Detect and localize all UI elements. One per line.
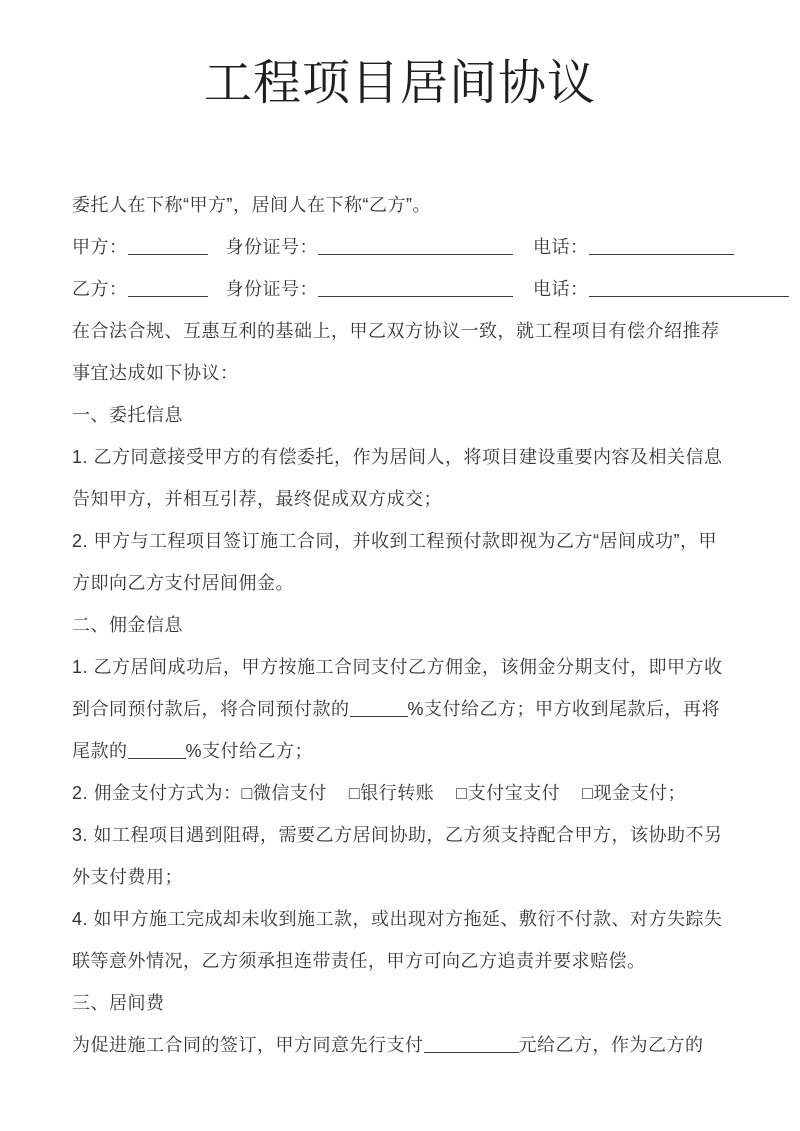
- text-run: 方即向乙方支付居间佣金。: [72, 573, 294, 593]
- text-run: □银行转账: [349, 783, 434, 803]
- fill-in-blank: [589, 238, 734, 255]
- section-1-heading: 一、委托信息: [72, 394, 728, 436]
- fill-in-blank: [318, 280, 513, 297]
- fill-in-blank: [350, 700, 408, 717]
- section-1-item-1-line: 告知甲方，并相互引荐，最终促成双方成交；: [72, 478, 728, 520]
- text-run: □现金支付；: [582, 783, 686, 803]
- text-run: 为促进施工合同的签订，甲方同意先行支付: [72, 1035, 424, 1055]
- preamble-basis-line: 在合法合规、互惠互利的基础上，甲乙双方协议一致，就工程项目有偿介绍推荐: [72, 310, 728, 352]
- section-2-item-3-line: 3. 如工程项目遇到阻碍，需要乙方居间协助，乙方须支持配合甲方，该协助不另: [72, 814, 728, 856]
- spacer: [513, 252, 533, 253]
- text-run: 4. 如甲方施工完成却未收到施工款，或出现对方拖延、敷衍不付款、对方失踪失: [72, 909, 723, 929]
- text-run: 2. 甲方与工程项目签订施工合同，并收到工程预付款即视为乙方“居间成功”，甲: [72, 531, 717, 551]
- text-run: 在合法合规、互惠互利的基础上，甲乙双方协议一致，就工程项目有偿介绍推荐: [72, 321, 720, 341]
- text-run: 事宜达成如下协议：: [72, 363, 239, 383]
- section-3-body-line: 为促进施工合同的签订，甲方同意先行支付元给乙方，作为乙方的: [72, 1024, 728, 1066]
- text-run: 身份证号：: [226, 279, 319, 299]
- contract-document-page: 工程项目居间协议 委托人在下称“甲方”，居间人在下称“乙方”。甲方：身份证号：电…: [0, 0, 800, 1131]
- section-1-item-1-line: 1. 乙方同意接受甲方的有偿委托，作为居间人，将项目建设重要内容及相关信息: [72, 436, 728, 478]
- text-run: 身份证号：: [226, 237, 319, 257]
- fill-in-blank: [128, 280, 208, 297]
- text-run: □支付宝支付: [456, 783, 560, 803]
- text-run: 告知甲方，并相互引荐，最终促成双方成交；: [72, 489, 442, 509]
- spacer: [434, 798, 456, 799]
- fill-in-blank: [318, 238, 513, 255]
- text-run: 委托人在下称“甲方”，居间人在下称“乙方”。: [72, 195, 431, 215]
- section-1-item-2-line: 2. 甲方与工程项目签订施工合同，并收到工程预付款即视为乙方“居间成功”，甲: [72, 520, 728, 562]
- fill-in-blank: [424, 1036, 519, 1053]
- party-a-fields-line: 甲方：身份证号：电话：: [72, 226, 728, 268]
- text-run: 联等意外情况，乙方须承担连带责任，甲方可向乙方追责并要求赔偿。: [72, 951, 646, 971]
- text-run: 电话：: [533, 237, 589, 257]
- section-2-item-2-payment-options-line: 2. 佣金支付方式为：□微信支付□银行转账□支付宝支付□现金支付；: [72, 772, 728, 814]
- section-2-item-4-line: 联等意外情况，乙方须承担连带责任，甲方可向乙方追责并要求赔偿。: [72, 940, 728, 982]
- preamble-parties-line: 委托人在下称“甲方”，居间人在下称“乙方”。: [72, 184, 728, 226]
- party-b-fields-line: 乙方：身份证号：电话：: [72, 268, 728, 310]
- spacer: [513, 294, 533, 295]
- spacer: [560, 798, 582, 799]
- text-run: %支付给乙方；甲方收到尾款后，再将: [408, 699, 721, 719]
- text-run: 乙方：: [72, 279, 128, 299]
- spacer: [327, 798, 349, 799]
- fill-in-blank: [128, 238, 208, 255]
- text-run: 1. 乙方同意接受甲方的有偿委托，作为居间人，将项目建设重要内容及相关信息: [72, 447, 723, 467]
- document-body: 委托人在下称“甲方”，居间人在下称“乙方”。甲方：身份证号：电话：乙方：身份证号…: [72, 184, 728, 1066]
- section-2-item-4-line: 4. 如甲方施工完成却未收到施工款，或出现对方拖延、敷衍不付款、对方失踪失: [72, 898, 728, 940]
- text-run: 2. 佣金支付方式为：□微信支付: [72, 783, 327, 803]
- section-2-item-1-line: 1. 乙方居间成功后，甲方按施工合同支付乙方佣金，该佣金分期支付，即甲方收: [72, 646, 728, 688]
- text-run: 1. 乙方居间成功后，甲方按施工合同支付乙方佣金，该佣金分期支付，即甲方收: [72, 657, 723, 677]
- text-run: 三、居间费: [72, 993, 165, 1013]
- text-run: 甲方：: [72, 237, 128, 257]
- section-2-item-1-line: 到合同预付款后，将合同预付款的%支付给乙方；甲方收到尾款后，再将: [72, 688, 728, 730]
- text-run: 元给乙方，作为乙方的: [519, 1035, 704, 1055]
- document-title: 工程项目居间协议: [0, 56, 800, 112]
- section-2-item-1-line: 尾款的%支付给乙方；: [72, 730, 728, 772]
- text-run: %支付给乙方；: [186, 741, 314, 761]
- spacer: [208, 252, 226, 253]
- section-2-heading: 二、佣金信息: [72, 604, 728, 646]
- text-run: 3. 如工程项目遇到阻碍，需要乙方居间协助，乙方须支持配合甲方，该协助不另: [72, 825, 723, 845]
- fill-in-blank: [589, 280, 789, 297]
- text-run: 二、佣金信息: [72, 615, 183, 635]
- spacer: [208, 294, 226, 295]
- text-run: 一、委托信息: [72, 405, 183, 425]
- fill-in-blank: [128, 742, 186, 759]
- text-run: 电话：: [533, 279, 589, 299]
- section-3-heading: 三、居间费: [72, 982, 728, 1024]
- text-run: 到合同预付款后，将合同预付款的: [72, 699, 350, 719]
- section-1-item-2-line: 方即向乙方支付居间佣金。: [72, 562, 728, 604]
- section-2-item-3-line: 外支付费用；: [72, 856, 728, 898]
- preamble-basis-line: 事宜达成如下协议：: [72, 352, 728, 394]
- text-run: 外支付费用；: [72, 867, 183, 887]
- text-run: 尾款的: [72, 741, 128, 761]
